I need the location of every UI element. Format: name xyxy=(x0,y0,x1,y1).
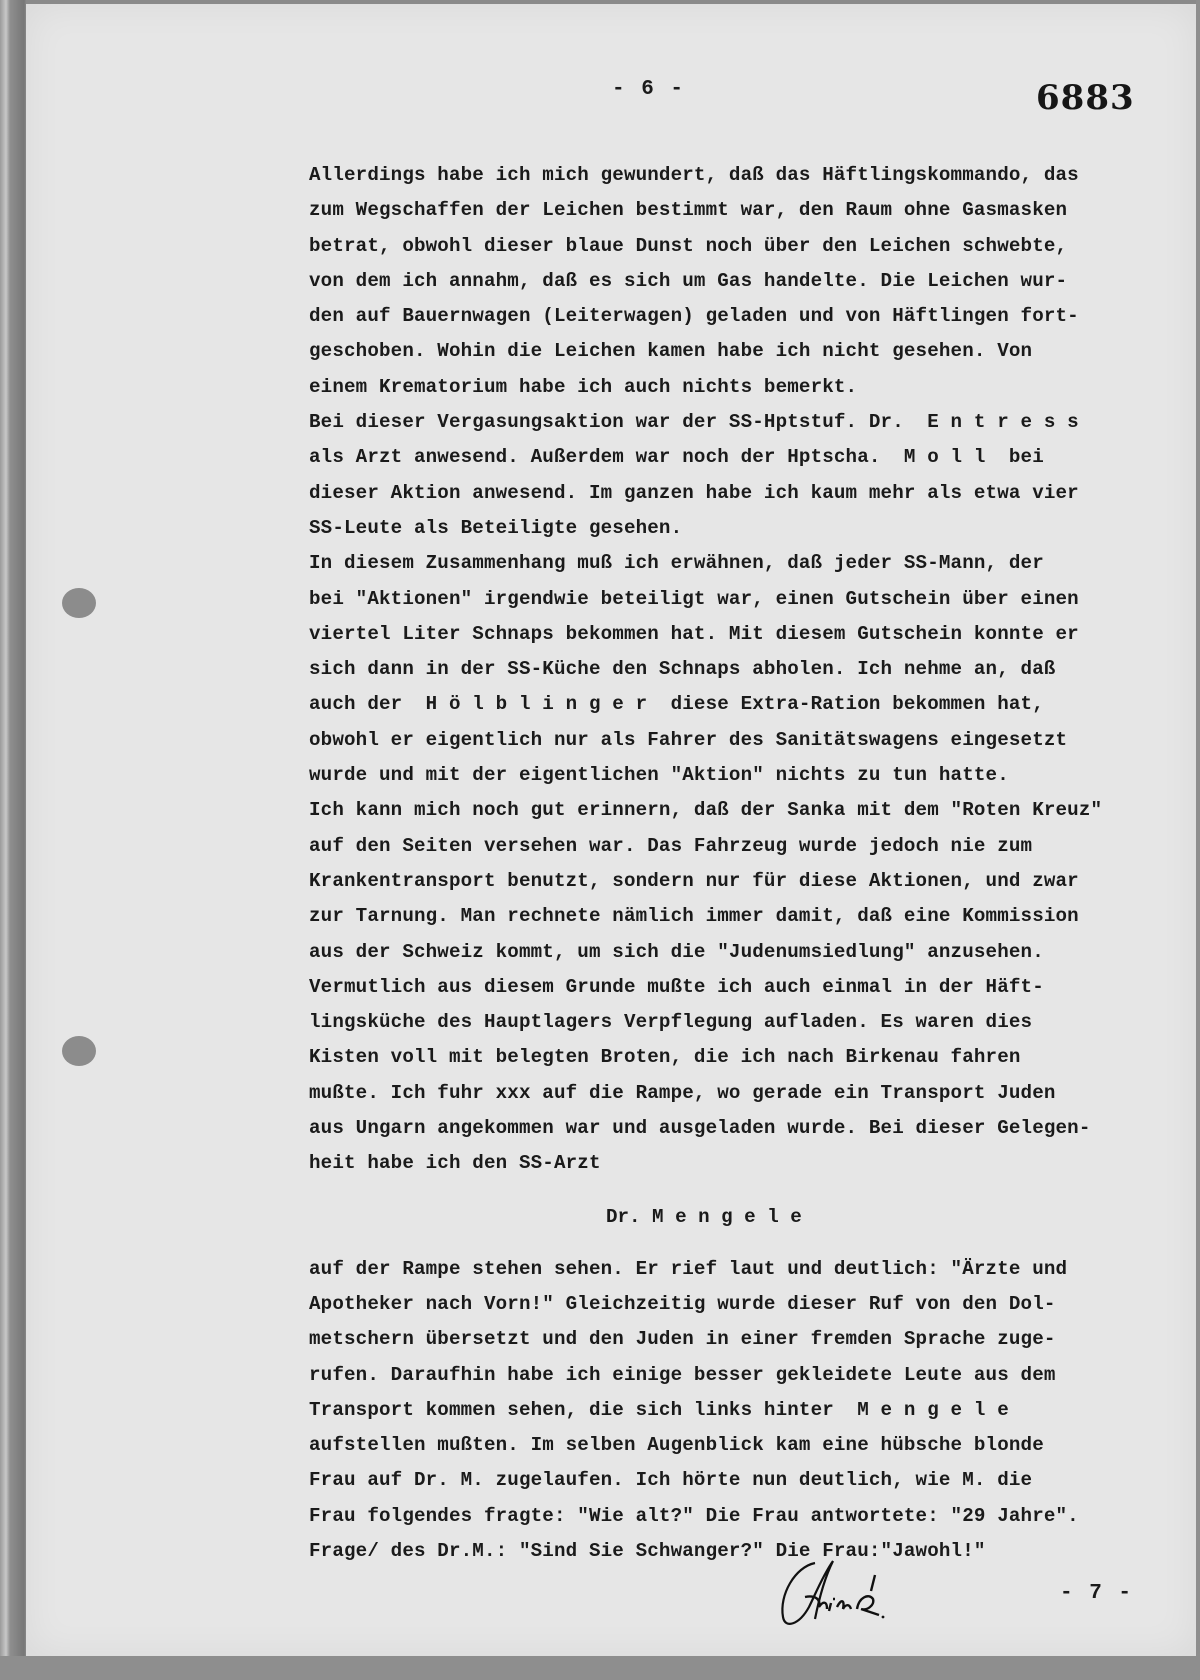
text-line: zum Wegschaffen der Leichen bestimmt war… xyxy=(309,193,1169,228)
text-line: Allerdings habe ich mich gewundert, daß … xyxy=(309,158,1169,193)
text-line: Frage/ des Dr.M.: "Sind Sie Schwanger?" … xyxy=(309,1534,1169,1569)
text-line: Kisten voll mit belegten Broten, die ich… xyxy=(309,1040,1169,1075)
signature-icon xyxy=(775,1555,915,1635)
text-line: viertel Liter Schnaps bekommen hat. Mit … xyxy=(309,617,1169,652)
text-line: aus der Schweiz kommt, um sich die "Jude… xyxy=(309,935,1169,970)
document-body: Allerdings habe ich mich gewundert, daß … xyxy=(309,158,1169,1569)
text-line: dieser Aktion anwesend. Im ganzen habe i… xyxy=(309,476,1169,511)
text-line: Bei dieser Vergasungsaktion war der SS-H… xyxy=(309,405,1169,440)
text-line: wurde und mit der eigentlichen "Aktion" … xyxy=(309,758,1169,793)
page-number-header: - 6 - xyxy=(612,78,685,101)
binder-edge xyxy=(0,0,26,1680)
text-line: den auf Bauernwagen (Leiterwagen) gelade… xyxy=(309,299,1169,334)
centered-name-heading: Dr. M e n g e l e xyxy=(309,1182,1169,1252)
text-line: als Arzt anwesend. Außerdem war noch der… xyxy=(309,440,1169,475)
scan-bottom-strip xyxy=(0,1656,1200,1680)
archive-stamp-number: 6883 xyxy=(1036,78,1135,118)
text-line: In diesem Zusammenhang muß ich erwähnen,… xyxy=(309,546,1169,581)
text-line: auch der H ö l b l i n g e r diese Extra… xyxy=(309,687,1169,722)
text-line: zur Tarnung. Man rechnete nämlich immer … xyxy=(309,899,1169,934)
text-line: Vermutlich aus diesem Grunde mußte ich a… xyxy=(309,970,1169,1005)
text-line: rufen. Daraufhin habe ich einige besser … xyxy=(309,1358,1169,1393)
text-line: von dem ich annahm, daß es sich um Gas h… xyxy=(309,264,1169,299)
text-line: auf der Rampe stehen sehen. Er rief laut… xyxy=(309,1252,1169,1287)
text-line: Transport kommen sehen, die sich links h… xyxy=(309,1393,1169,1428)
text-line: betrat, obwohl dieser blaue Dunst noch ü… xyxy=(309,229,1169,264)
text-line: aufstellen mußten. Im selben Augenblick … xyxy=(309,1428,1169,1463)
text-line: mußte. Ich fuhr xxx auf die Rampe, wo ge… xyxy=(309,1076,1169,1111)
scan-right-edge xyxy=(1196,0,1200,1680)
text-line: Krankentransport benutzt, sondern nur fü… xyxy=(309,864,1169,899)
text-line: sich dann in der SS-Küche den Schnaps ab… xyxy=(309,652,1169,687)
text-line: Frau folgendes fragte: "Wie alt?" Die Fr… xyxy=(309,1499,1169,1534)
text-line: bei "Aktionen" irgendwie beteiligt war, … xyxy=(309,582,1169,617)
text-line: lingsküche des Hauptlagers Verpflegung a… xyxy=(309,1005,1169,1040)
text-line: SS-Leute als Beteiligte gesehen. xyxy=(309,511,1169,546)
text-line: einem Krematorium habe ich auch nichts b… xyxy=(309,370,1169,405)
text-line: metschern übersetzt und den Juden in ein… xyxy=(309,1322,1169,1357)
next-page-marker: - 7 - xyxy=(1060,1582,1133,1605)
text-line: obwohl er eigentlich nur als Fahrer des … xyxy=(309,723,1169,758)
text-line: auf den Seiten versehen war. Das Fahrzeu… xyxy=(309,829,1169,864)
punch-hole-upper xyxy=(62,588,96,618)
text-line: Frau auf Dr. M. zugelaufen. Ich hörte nu… xyxy=(309,1463,1169,1498)
punch-hole-lower xyxy=(62,1036,96,1066)
text-line: heit habe ich den SS-Arzt xyxy=(309,1146,1169,1181)
text-line: Apotheker nach Vorn!" Gleichzeitig wurde… xyxy=(309,1287,1169,1322)
text-line: geschoben. Wohin die Leichen kamen habe … xyxy=(309,334,1169,369)
text-line: aus Ungarn angekommen war und ausgeladen… xyxy=(309,1111,1169,1146)
text-line: Ich kann mich noch gut erinnern, daß der… xyxy=(309,793,1169,828)
